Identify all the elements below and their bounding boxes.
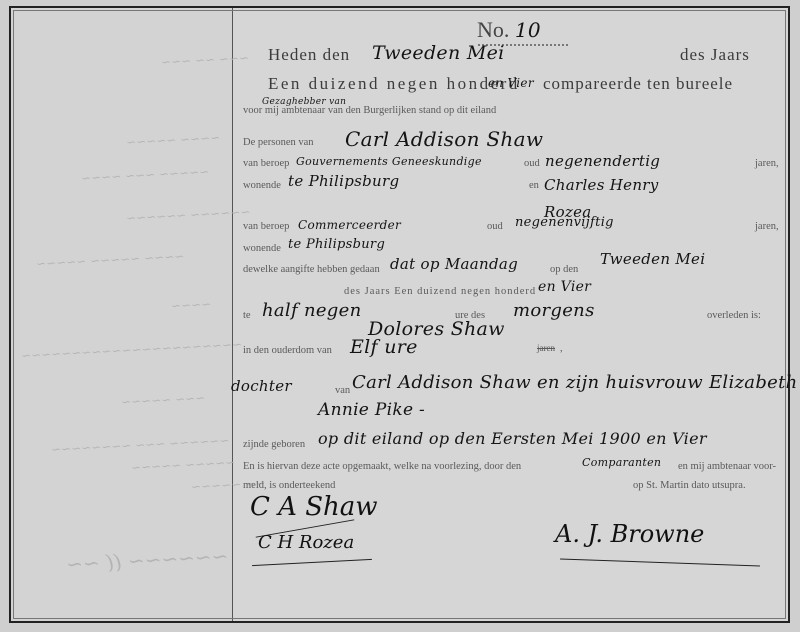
person1-age-label: oud: [524, 158, 540, 169]
person2-occupation: Commerceerder: [298, 218, 401, 232]
time-prefix: te: [243, 310, 251, 321]
person2-residence-label: wonende: [243, 243, 281, 254]
year-line-value: en Vier: [538, 279, 591, 295]
person2-age: negenenvijftig: [515, 215, 614, 230]
line1-suffix: des Jaars: [680, 45, 750, 65]
person2-connector: en: [529, 180, 539, 191]
line1-prefix: Heden den: [268, 45, 350, 65]
bleed-through-text: ~~~~~ ~~~~~: [131, 455, 236, 474]
bleed-through-text: ~~~~: [171, 297, 212, 313]
bleed-through-text: ~~~~~ ~~~ ~~~~: [81, 165, 210, 186]
bleed-through-text: ~~~ ~~~~~: [121, 391, 206, 409]
person1-occupation: Gouvernements Geneeskundige: [296, 155, 482, 168]
signature-official: A. J. Browne: [555, 520, 704, 548]
declaration-prefix: dewelke aangifte hebben gedaan: [243, 264, 380, 275]
line2-suffix: compareerde ten bureele: [543, 74, 733, 94]
deceased-age-struck: jaren: [537, 343, 555, 353]
person1-occupation-label: van beroep: [243, 158, 289, 169]
declaration-date: Tweeden Mei: [600, 250, 705, 268]
time-suffix: overleden is:: [707, 310, 761, 321]
person2-age-suffix: jaren,: [755, 221, 779, 232]
declaration-day: dat op Maandag: [390, 255, 518, 273]
closing-line1-a: En is hiervan deze acte opgemaakt, welke…: [243, 461, 521, 472]
parents-line2: Annie Pike -: [318, 400, 425, 420]
deceased-age: Elf ure: [350, 336, 418, 358]
parents-line1: Carl Addison Shaw en zijn huisvrouw Eliz…: [352, 372, 798, 393]
number-label: No.: [477, 17, 509, 42]
deceased-age-label: in den ouderdom van: [243, 345, 332, 356]
person1-residence: te Philipsburg: [288, 172, 399, 190]
bleed-through-text: ~~~~~~ ~~~~~~: [126, 205, 251, 225]
bleed-through-signature: ~~~~~~ (( ~~: [65, 544, 228, 576]
bleed-through-text: ~~~~~~ ~~~ ~~~~~~~~: [51, 433, 230, 456]
bleed-through-text: ~~~~ ~~~~~ ~~~~~: [36, 249, 185, 271]
person1-residence-label: wonende: [243, 180, 281, 191]
left-margin-column: ~~~ ~~ ~~~ ~~~~ ~~~~~ ~~~~~ ~~~ ~~~~ ~~~…: [11, 8, 233, 621]
birth-label: zijnde geboren: [243, 439, 305, 450]
line3-text: voor mij ambtenaar van den Burgerlijken …: [243, 105, 496, 116]
closing-line1-b: en mij ambtenaar voor-: [678, 461, 776, 472]
time-value: half negen: [262, 300, 361, 321]
bleed-through-text: ~~~~ ~~~~~: [126, 131, 221, 150]
birth-value: op dit eiland op den Eersten Mei 1900 en…: [318, 429, 707, 448]
closing-comparanten: Comparanten: [582, 456, 661, 469]
signature-rozea: C H Rozea: [258, 532, 354, 553]
year-line-text: des Jaars Een duizend negen honderd: [344, 286, 536, 297]
closing-line2-a: meld, is onderteekend: [243, 480, 335, 491]
person2-residence: te Philipsburg: [288, 237, 385, 252]
person2-age-label: oud: [487, 221, 503, 232]
person2-occupation-label: van beroep: [243, 221, 289, 232]
line2-prefix: Een duizend negen honderd: [268, 74, 520, 94]
signature-shaw: C A Shaw: [250, 492, 378, 522]
time-period: morgens: [513, 300, 595, 321]
bleed-through-text: ~~~~~~~~~~~~~~~~~~~~~~: [21, 337, 243, 363]
number-value: 10: [515, 18, 541, 42]
person1-age: negenendertig: [545, 152, 660, 170]
person1-label: De personen van: [243, 137, 314, 148]
line2-year: en Vier: [488, 76, 534, 90]
relation: dochter: [231, 377, 292, 395]
declaration-mid: op den: [550, 264, 578, 275]
person1-name: Carl Addison Shaw: [345, 127, 543, 151]
person1-age-suffix: jaren,: [755, 158, 779, 169]
parents-van: van: [335, 385, 350, 396]
bleed-through-text: ~~~ ~~ ~~~: [161, 51, 250, 70]
closing-line2-b: op St. Martin dato utsupra.: [633, 480, 746, 491]
line1-date: Tweeden Mei: [372, 42, 505, 64]
certificate-number: No. 10: [477, 17, 541, 43]
deceased-age-end: ,: [560, 343, 563, 354]
